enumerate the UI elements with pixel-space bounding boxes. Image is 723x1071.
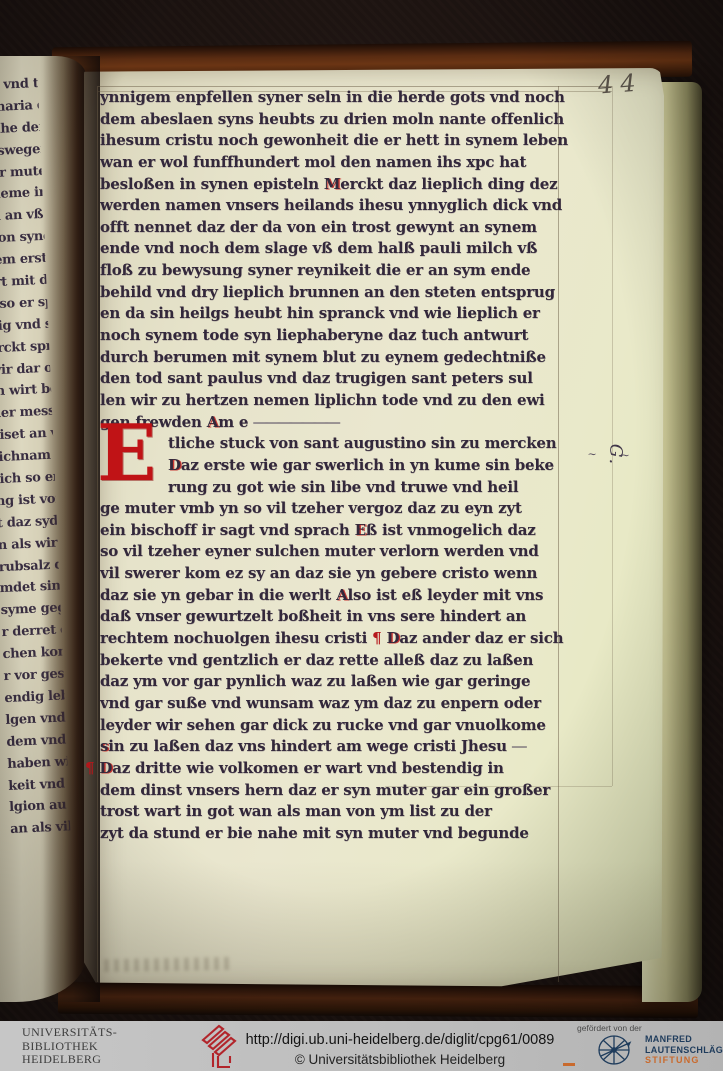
text-segment: erckt daz lieplich ding dez xyxy=(340,175,557,193)
facing-page-fragment: ort mit dem d xyxy=(0,270,47,294)
facing-page-fragment: ßig vnd sehe a xyxy=(0,314,49,338)
manuscript-line: behild vnd dry lieplich brunnen an den s… xyxy=(100,282,560,304)
facing-page-fragment: r derret die g xyxy=(1,620,62,644)
manuscript-line: floß zu bewysung syner reynikeit die er … xyxy=(100,260,560,282)
text-segment: ――――――― xyxy=(253,413,337,431)
facing-page-fragment: e so er spricht xyxy=(0,292,48,316)
manuscript-line: daz ym vor gar pynlich waz zu laßen wie … xyxy=(100,671,560,693)
text-segment: ynnigem enpfellen syner seln in die herd… xyxy=(100,88,565,106)
text-segment: daz sie yn gebar in die werlt xyxy=(100,586,336,604)
text-segment: len wir zu hertzen nemen liplichn tode v… xyxy=(100,391,545,409)
manuscript-line: ihesum cristu noch gewonheit die er hett… xyxy=(100,130,560,152)
manuscript-line: dem abeslaen syns heubts zu drien moln n… xyxy=(100,109,560,131)
manuscript-line: daz sie yn gebar in die werlt Also ist e… xyxy=(100,585,560,607)
text-segment: noch synem tode syn liephaberyne daz tuc… xyxy=(100,326,528,344)
facing-page-fragment: syme gegeb xyxy=(0,598,61,622)
marginal-annotation: ∼ G. ∼ xyxy=(592,443,639,467)
text-segment: daz ym vor gar pynlich waz zu laßen wie … xyxy=(100,672,530,690)
facing-page-fragment: chen komen xyxy=(2,642,63,666)
facing-page-fragment: erckt sprech xyxy=(0,335,50,359)
facing-page-fragment: riset an vns xyxy=(0,423,53,447)
text-segment: A xyxy=(207,413,218,431)
manuscript-line: leyder wir sehen gar dick zu rucke vnd g… xyxy=(100,715,560,737)
manuscript-line: noch synem tode syn liephaberyne daz tuc… xyxy=(100,325,560,347)
text-segment: trost wart in got wan als man von ym lis… xyxy=(100,802,492,820)
book-cover-bottom-edge xyxy=(58,982,698,1018)
manuscript-line: so vil tzeher eyner sulchen muter verlor… xyxy=(100,541,560,563)
text-segment: offt nennet daz der da von ein trost gew… xyxy=(100,218,537,236)
facing-page-fragment: ng ist von der xyxy=(0,489,56,513)
facing-page-text-fragments: em vnd tod la dd maria die desulhe dem i… xyxy=(0,73,71,841)
text-segment: wan er wol funffhundert mol den namen ih… xyxy=(100,153,526,171)
text-segment: D xyxy=(168,456,181,474)
facing-page-fragment: geswegen allen xyxy=(0,139,41,163)
manuscript-line: tliche stuck von sant augustino sin zu m… xyxy=(100,433,560,455)
ink-showthrough-smudge xyxy=(104,957,234,972)
text-segment: M xyxy=(324,175,340,193)
library-wordmark-line1: UNIVERSITÄTS- xyxy=(22,1026,117,1040)
manuscript-line: rung zu got wie sin libe vnd truwe vnd h… xyxy=(100,477,560,499)
text-segment: A xyxy=(336,586,347,604)
manuscript-line: trost wart in got wan als man von ym lis… xyxy=(100,801,560,823)
facing-page-fragment: rubsalz der se xyxy=(0,554,59,578)
manuscript-text-block: ynnigem enpfellen syner seln in die herd… xyxy=(100,87,560,844)
text-segment: besloßen in synen episteln xyxy=(100,175,324,193)
footer-center-text: http://digi.ub.uni-heidelberg.de/diglit/… xyxy=(235,1021,565,1071)
text-segment: ende vnd noch dem slage vß dem halß paul… xyxy=(100,239,537,257)
manuscript-line: rechtem nochuolgen ihesu cristi ¶ Daz an… xyxy=(100,628,560,650)
stiftung-name-line2: LAUTENSCHLÄGER xyxy=(645,1045,723,1056)
text-segment: D xyxy=(99,759,112,777)
facing-page-fragment: an als vil vn xyxy=(10,817,71,841)
book-photograph: em vnd tod la dd maria die desulhe dem i… xyxy=(0,0,723,1021)
digitized-manuscript-viewer: em vnd tod la dd maria die desulhe dem i… xyxy=(0,0,723,1071)
facing-page-fragment: dem vnd du lie xyxy=(6,729,67,753)
facing-page-fragment: en an vß bed xyxy=(0,204,44,228)
manuscript-line: sin zu laßen daz vns hindert am wege cri… xyxy=(100,736,560,758)
text-segment: en da sin heilgs heubt hin spranck vnd w… xyxy=(100,304,540,322)
facing-page-fragment: queme ir bed xyxy=(0,182,43,206)
text-segment: dem abeslaen syns heubts zu drien moln n… xyxy=(100,110,564,128)
text-segment: so vil tzeher eyner sulchen muter verlor… xyxy=(100,542,539,560)
text-segment: vnd gar suße vnd wunsam waz ym daz zu en… xyxy=(100,694,541,712)
text-segment: ihesum cristu noch gewonheit die er hett… xyxy=(100,131,568,149)
text-segment: ge muter vmb yn so vil tzeher vergoz daz… xyxy=(100,499,522,517)
text-segment: daß vnser gewurtzelt boßheit in vns sere… xyxy=(100,607,526,625)
funding-dash-icon xyxy=(563,1063,575,1066)
manuscript-line: en da sin heilgs heubt hin spranck vnd w… xyxy=(100,303,560,325)
manuscript-line: vnd gar suße vnd wunsam waz ym daz zu en… xyxy=(100,693,560,715)
manuscript-line: werden namen vnsers heilands ihesu ynnyg… xyxy=(100,195,560,217)
facing-page-fragment: in wirt be xyxy=(0,379,52,403)
facing-page-fragment: r vor gescheid xyxy=(3,664,64,688)
text-segment: bekerte vnd gentzlich er daz rette alleß… xyxy=(100,651,533,669)
text-segment: ― xyxy=(512,737,524,755)
rubricated-initial: E xyxy=(97,414,163,502)
text-segment: s xyxy=(100,737,108,755)
facing-page-fragment: em vnd tod la d xyxy=(0,73,38,97)
marginal-squiggle-top: ∼ xyxy=(620,449,643,463)
facing-page-fragment: mdet sin blu xyxy=(0,576,60,600)
copyright-notice: © Universitätsbibliothek Heidelberg xyxy=(235,1052,565,1067)
stiftung-name-line3: STIFTUNG xyxy=(645,1055,723,1066)
text-segment: werden namen vnsers heilands ihesu ynnyg… xyxy=(100,196,562,214)
library-wordmark-line2: BIBLIOTHEK xyxy=(22,1040,117,1054)
facing-page-fragment: keit vnd beso xyxy=(8,773,69,797)
manuscript-line: ein bischoff ir sagt vnd sprach Eß ist v… xyxy=(100,520,560,542)
pilcrow-mark: ¶ xyxy=(372,629,386,647)
facing-page-fragment: lgion au spo xyxy=(9,795,70,819)
credit-footer-bar: UNIVERSITÄTS- BIBLIOTHEK HEIDELBERG http… xyxy=(0,1021,723,1071)
facing-page-fragment: wir dar off se xyxy=(0,357,51,381)
ruling-line-left xyxy=(97,86,98,982)
text-segment: dem dinst vnsers hern daz er syn muter g… xyxy=(100,781,550,799)
text-segment: behild vnd dry lieplich brunnen an den s… xyxy=(100,283,555,301)
facing-page-fragment: t daz syden xyxy=(0,510,57,534)
library-wordmark-line3: HEIDELBERG xyxy=(22,1053,117,1067)
text-segment: den tod sant paulus vnd daz trugigen san… xyxy=(100,369,533,387)
manuscript-line: zyt da stund er bie nahe mit syn muter v… xyxy=(100,823,560,845)
text-segment: leyder wir sehen gar dick zu rucke vnd g… xyxy=(100,716,546,734)
pilcrow-mark: ¶ xyxy=(85,759,99,777)
text-segment: D xyxy=(387,629,400,647)
folio-number: 44 xyxy=(597,68,643,99)
text-segment: ß ist vnmogelich daz xyxy=(366,521,536,539)
manuscript-line: gen frewden Am e ――――――― xyxy=(100,412,560,434)
text-segment: floß zu bewysung syner reynikeit die er … xyxy=(100,261,530,279)
manuscript-line: bekerte vnd gentzlich er daz rette alleß… xyxy=(100,650,560,672)
marginal-squiggle-bottom: ∼ xyxy=(587,448,610,462)
manuscript-line: ge muter vmb yn so vil tzeher vergoz daz… xyxy=(100,498,560,520)
facing-page-fragment: haben wir be xyxy=(7,751,68,775)
manuscript-line: len wir zu hertzen nemen liplichn tode v… xyxy=(100,390,560,412)
text-segment: rechtem nochuolgen ihesu cristi xyxy=(100,629,372,647)
text-segment: az ander daz er sich xyxy=(399,629,563,647)
text-segment: ein bischoff ir sagt vnd sprach xyxy=(100,521,355,539)
text-segment: az erste wie gar swerlich in yn kume sin… xyxy=(181,456,554,474)
text-segment: E xyxy=(355,521,366,539)
facing-page-fragment: lich so empfind xyxy=(0,467,55,491)
library-wordmark: UNIVERSITÄTS- BIBLIOTHEK HEIDELBERG xyxy=(22,1026,117,1067)
facing-page-fragment: n als wir sehe xyxy=(0,532,58,556)
stiftung-name-line1: MANFRED xyxy=(645,1034,723,1045)
manuscript-line: besloßen in synen episteln Merckt daz li… xyxy=(100,174,560,196)
manuscript-line: dem dinst vnsers hern daz er syn muter g… xyxy=(100,780,560,802)
text-segment: tliche stuck von sant augustino sin zu m… xyxy=(168,434,556,452)
manuscript-line: durch berumen mit synem blut zu eynem ge… xyxy=(100,347,560,369)
facing-page-fragment: der messe h xyxy=(0,401,53,425)
manuscript-line: ¶ Daz dritte wie volkomen er wart vnd be… xyxy=(100,758,560,780)
facing-page-fragment: d maria die de xyxy=(0,95,39,119)
manuscript-line: vil swerer kom ez sy an daz sie yn geber… xyxy=(100,563,560,585)
text-segment: m e xyxy=(218,413,253,431)
text-segment: durch berumen mit synem blut zu eynem ge… xyxy=(100,348,546,366)
text-segment: in zu laßen daz vns hindert am wege cris… xyxy=(108,737,512,755)
facing-page-fragment: g ir muter ge xyxy=(0,161,42,185)
manuscript-line: ynnigem enpfellen syner seln in die herd… xyxy=(100,87,560,109)
stiftung-compass-logo-icon xyxy=(594,1031,634,1071)
text-segment: lso ist eß leyder mit vns xyxy=(348,586,544,604)
facing-page-fragment: ldon syner wo xyxy=(0,226,45,250)
facing-page-fragment: endig leben xyxy=(4,685,65,709)
facing-page-fragment: sulhe dem iung xyxy=(0,117,40,141)
facing-page-edge: em vnd tod la dd maria die desulhe dem i… xyxy=(0,56,86,1002)
source-url: http://digi.ub.uni-heidelberg.de/diglit/… xyxy=(235,1032,565,1048)
manuscript-line: Daz erste wie gar swerlich in yn kume si… xyxy=(100,455,560,477)
facing-page-fragment: lichnam an die xyxy=(0,445,54,469)
text-segment: az dritte wie volkomen er wart vnd beste… xyxy=(112,759,504,777)
text-segment: rung zu got wie sin libe vnd truwe vnd h… xyxy=(168,478,518,496)
facing-page-fragment: dem ersten da xyxy=(0,248,46,272)
text-segment: vil swerer kom ez sy an daz sie yn geber… xyxy=(100,564,537,582)
manuscript-line: den tod sant paulus vnd daz trugigen san… xyxy=(100,368,560,390)
manuscript-line: ende vnd noch dem slage vß dem halß paul… xyxy=(100,238,560,260)
manuscript-line: offt nennet daz der da von ein trost gew… xyxy=(100,217,560,239)
ruling-line-margin-right xyxy=(612,86,613,786)
manuscript-line: daß vnser gewurtzelt boßheit in vns sere… xyxy=(100,606,560,628)
facing-page-fragment: lgen vnd aller xyxy=(5,707,66,731)
manuscript-line: wan er wol funffhundert mol den namen ih… xyxy=(100,152,560,174)
text-segment: zyt da stund er bie nahe mit syn muter v… xyxy=(100,824,529,842)
stiftung-wordmark: MANFRED LAUTENSCHLÄGER STIFTUNG xyxy=(645,1034,723,1066)
